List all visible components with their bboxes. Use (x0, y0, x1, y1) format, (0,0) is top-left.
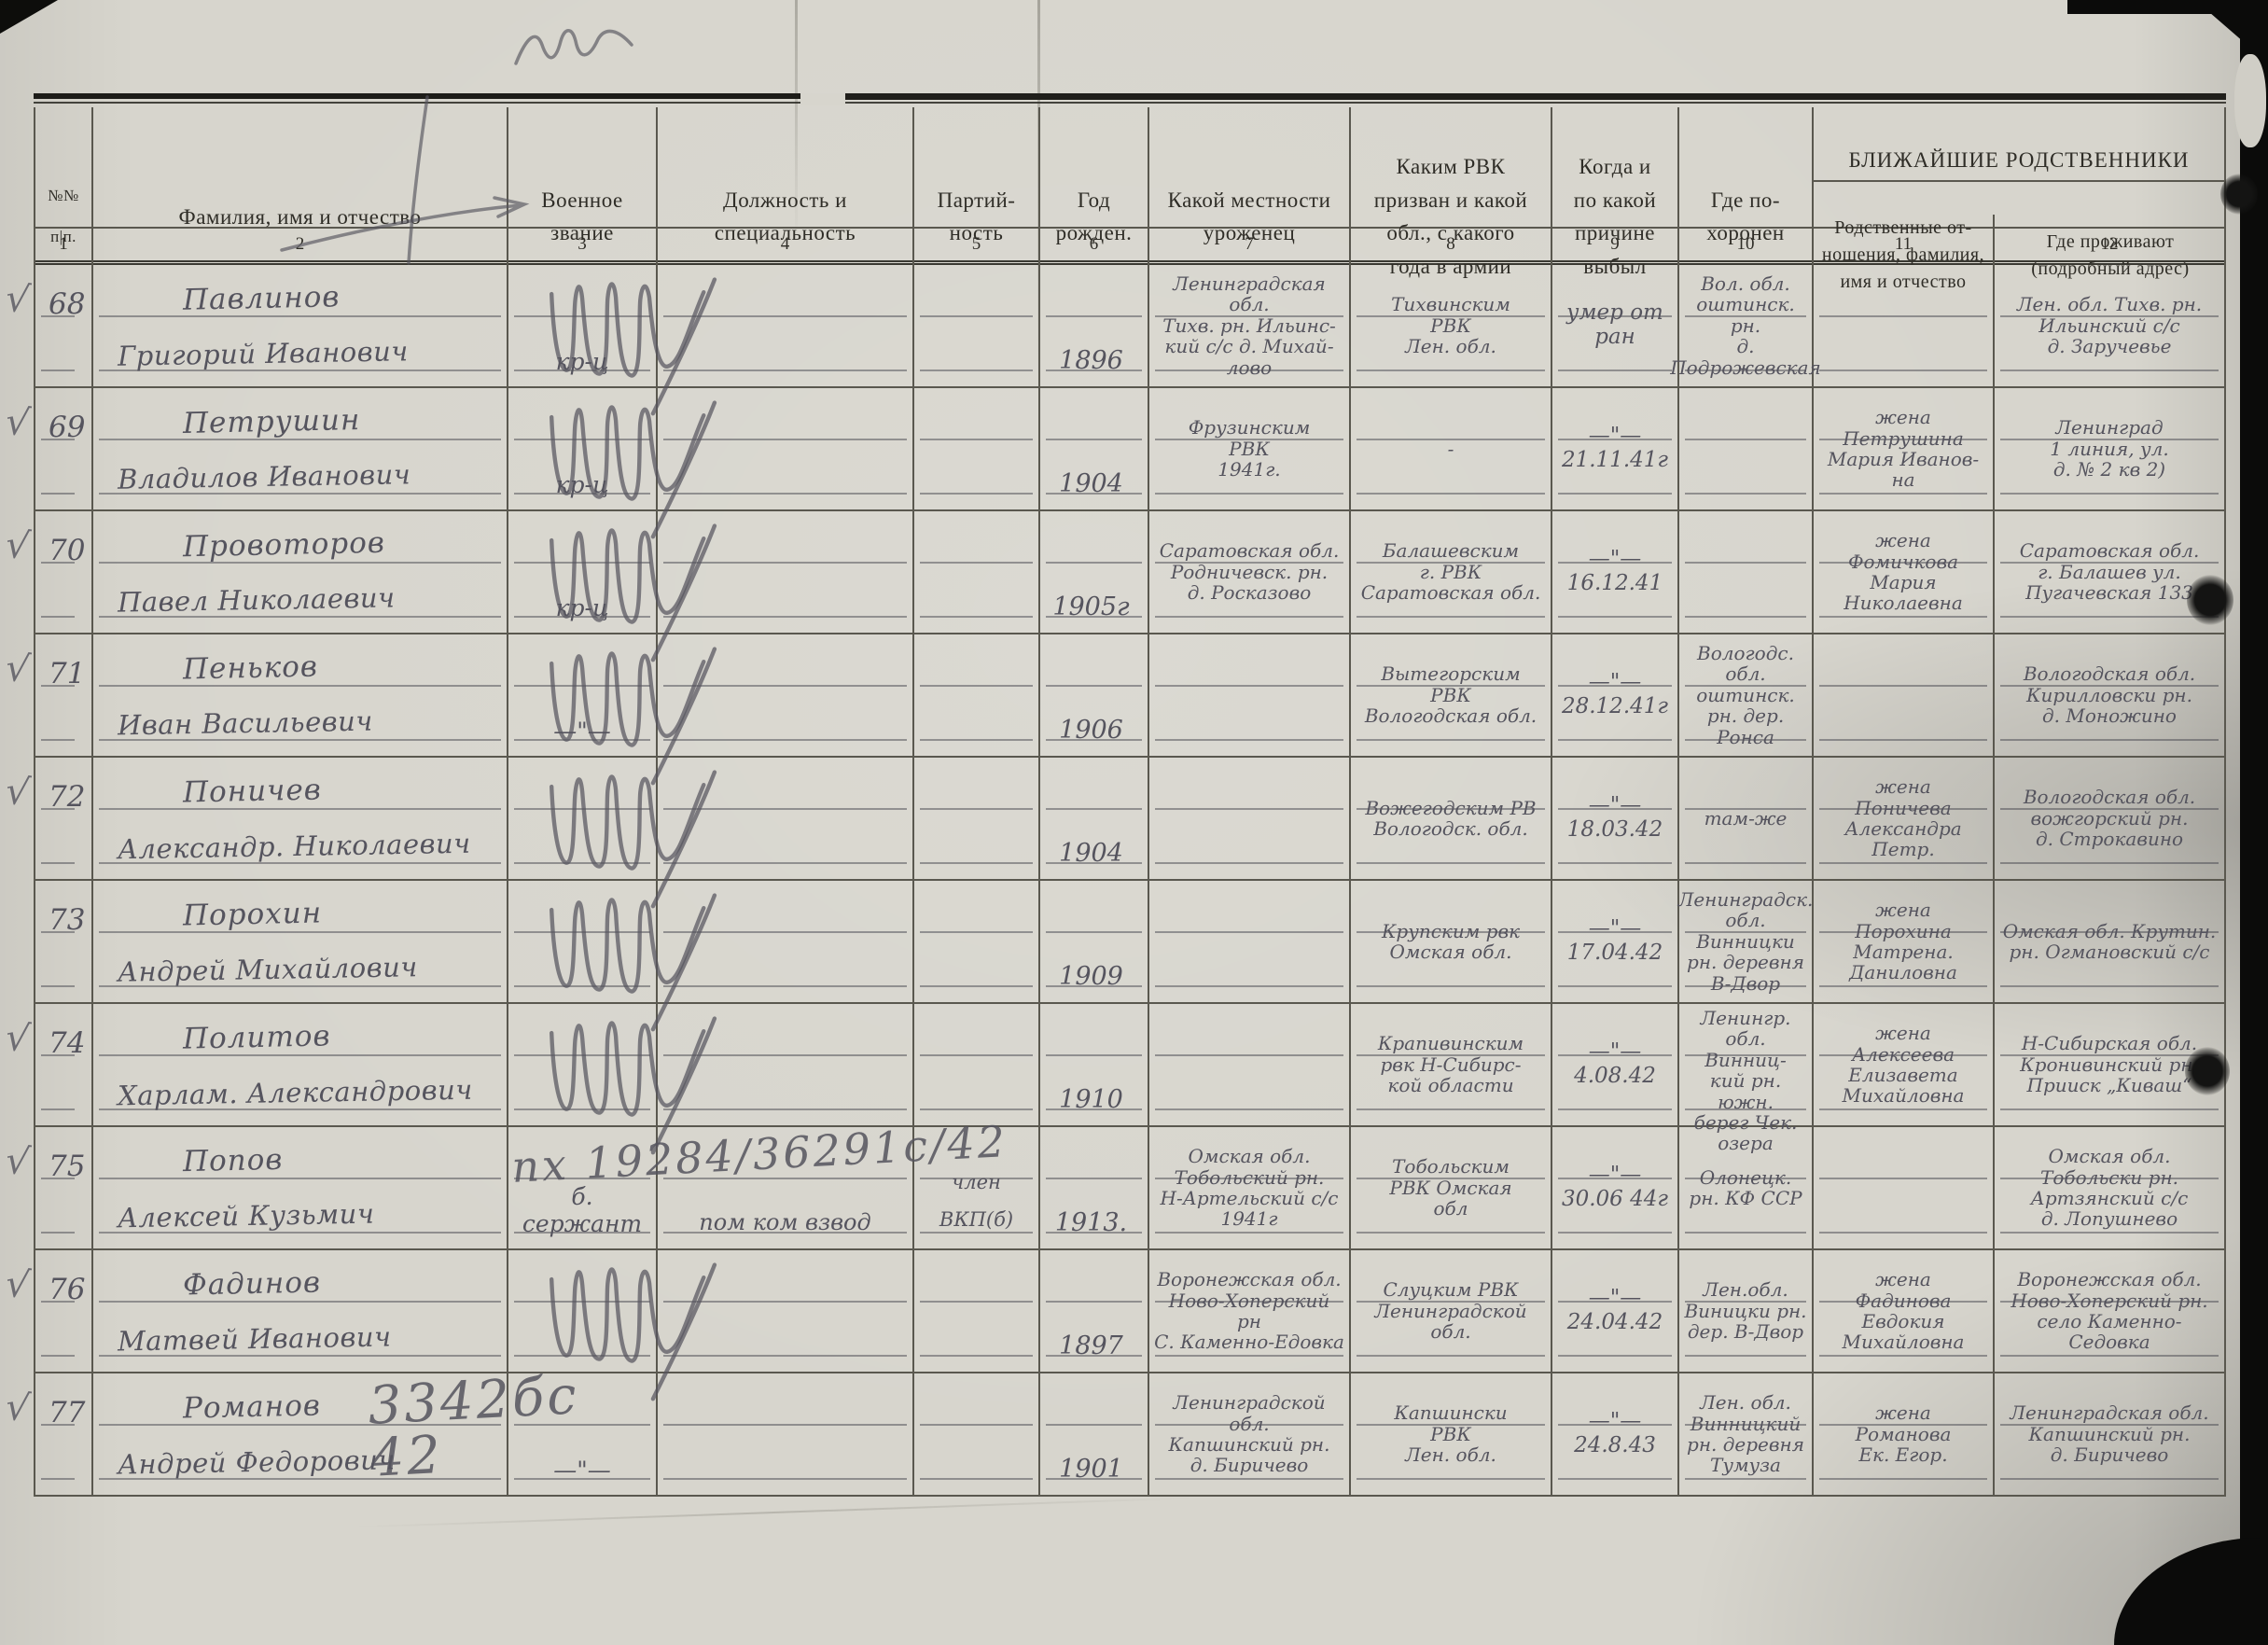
surname: Политов (183, 1019, 331, 1055)
cell-rank: кр-ц (508, 265, 658, 386)
cell-address: Ленинградская обл. Капшинский рн. д. Бир… (1995, 1373, 2226, 1495)
given-name: Иван Васильевич (118, 705, 373, 742)
cell-birth-year: 1897 (1040, 1250, 1149, 1372)
cell-birth-year: 1901 (1040, 1373, 1149, 1495)
column-number: 8 (1351, 229, 1552, 260)
cell-name: ПровоторовПавел Николаевич (93, 511, 508, 633)
paper-notch (2234, 54, 2266, 147)
cell-birthplace: Омская обл. Тобольский рн. Н-Артельский … (1149, 1127, 1351, 1248)
cell-birthplace: Саратовская обл. Родничевск. рн. д. Роск… (1149, 511, 1351, 633)
cell-relative (1814, 1127, 1995, 1248)
cell-birthplace (1149, 758, 1351, 879)
cell-row-number: √75 (34, 1127, 93, 1248)
cell-name: ПоповАлексей Кузьмич (93, 1127, 508, 1248)
cell-rvk: Крупским рвк Омская обл. (1351, 881, 1552, 1002)
cell-buried: Олонецк. рн. КФ ССР (1679, 1127, 1814, 1248)
header-rvk-label: Каким РВК призван и какой обл., с какого… (1374, 150, 1527, 284)
given-name: Григорий Иванович (118, 335, 409, 371)
column-number: 1 (34, 229, 93, 260)
cell-buried: Ленинградск. обл. Винницки рн. деревня В… (1679, 881, 1814, 1002)
column-number: 11 (1814, 229, 1995, 260)
cell-relative: жена Алексеева Елизавета Михайловна (1814, 1004, 1995, 1125)
given-name: Владилов Иванович (118, 458, 411, 495)
cell-birth-year: 1905г (1040, 511, 1149, 633)
cell-buried: там-же (1679, 758, 1814, 879)
cell-birthplace: Воронежская обл. Ново-Хоперский рн С. Ка… (1149, 1250, 1351, 1372)
cell-name: ПеньковИван Васильевич (93, 634, 508, 756)
table-row: √69ПетрушинВладилов Ивановичкр-ц1904Фруз… (34, 388, 2226, 511)
cell-relative: жена Петрушина Мария Иванов- на (1814, 388, 1995, 509)
cell-party (914, 1373, 1040, 1495)
cell-rvk: - (1351, 388, 1552, 509)
given-name: Алексей Кузьмич (118, 1198, 375, 1234)
cell-departed: —"— 30.06 44г (1552, 1127, 1679, 1248)
row-number: 75 (49, 1150, 85, 1183)
cell-rvk: Балашевским г. РВК Саратовская обл. (1351, 511, 1552, 633)
cell-departed: —"— 28.12.41г (1552, 634, 1679, 756)
cell-birth-year: 1896 (1040, 265, 1149, 386)
table-row: 73ПорохинАндрей Михайлович1909Крупским р… (34, 881, 2226, 1004)
cell-birthplace: Ленинградской обл. Капшинский рн. д. Бир… (1149, 1373, 1351, 1495)
cell-buried: Лен. обл. Винницкий рн. деревня Тумуза (1679, 1373, 1814, 1495)
cell-party (914, 634, 1040, 756)
cell-birth-year: 1906 (1040, 634, 1149, 756)
cell-rank: кр-ц (508, 511, 658, 633)
cell-departed: умер от ран (1552, 265, 1679, 386)
cell-birthplace (1149, 1004, 1351, 1125)
cell-birthplace: Фрузинским РВК 1941г. (1149, 388, 1351, 509)
cell-departed: —"— 18.03.42 (1552, 758, 1679, 879)
surname: Павлинов (183, 280, 341, 317)
cell-row-number: 73 (34, 881, 93, 1002)
cell-address: Воронежская обл. Ново-Хоперский рн. село… (1995, 1250, 2226, 1372)
table-row: √70ПровоторовПавел Николаевичкр-ц1905гСа… (34, 511, 2226, 634)
cell-address: Лен. обл. Тихв. рн. Ильинский с/с д. Зар… (1995, 265, 2226, 386)
cell-birth-year: 1913. (1040, 1127, 1149, 1248)
given-name: Андрей Михайлович (118, 951, 418, 988)
row-number: 74 (49, 1026, 85, 1060)
cell-buried (1679, 388, 1814, 509)
table-row: √72ПоничевАлександр. Николаевич1904Вожег… (34, 758, 2226, 881)
table-body: √68ПавлиновГригорий Ивановичкр-ц1896Лени… (34, 265, 2226, 1497)
cell-relative: жена Поничева Александра Петр. (1814, 758, 1995, 879)
cell-row-number: √76 (34, 1250, 93, 1372)
cell-party (914, 265, 1040, 386)
column-number: 7 (1149, 229, 1351, 260)
cell-buried: Лен.обл. Виницки рн. дер. В-Двор (1679, 1250, 1814, 1372)
cell-rank (508, 758, 658, 879)
cell-row-number: √68 (34, 265, 93, 386)
cell-rvk: Тобольским РВК Омская обл (1351, 1127, 1552, 1248)
row-number: 71 (49, 657, 85, 690)
cell-birth-year: 1904 (1040, 388, 1149, 509)
table-row: √76ФадиновМатвей Иванович1897Воронежская… (34, 1250, 2226, 1373)
scan-edge-right (2240, 0, 2268, 1645)
cell-name: ПорохинАндрей Михайлович (93, 881, 508, 1002)
cell-row-number: √71 (34, 634, 93, 756)
cell-buried: Вологодс. обл. оштинск. рн. дер. Ронса (1679, 634, 1814, 756)
pencil-scrawl: 3342бс 42 (367, 1370, 583, 1485)
surname: Петрушин (183, 403, 361, 440)
record-table: №№ п|п. Фамилия, имя и отчество Военное … (34, 93, 2226, 1497)
cell-party (914, 758, 1040, 879)
table-row: √68ПавлиновГригорий Ивановичкр-ц1896Лени… (34, 265, 2226, 388)
cell-relative: жена Романова Ек. Егор. (1814, 1373, 1995, 1495)
cell-rank: —"— (508, 634, 658, 756)
cell-rvk: Капшински РВК Лен. обл. (1351, 1373, 1552, 1495)
cell-departed: —"— 16.12.41 (1552, 511, 1679, 633)
punch-hole (2185, 1047, 2230, 1095)
row-number: 77 (49, 1396, 85, 1429)
row-number: 73 (49, 903, 85, 937)
table-row: √77РомановАндрей Федорович—"—3342бс 4219… (34, 1373, 2226, 1497)
cell-departed: —"— 24.8.43 (1552, 1373, 1679, 1495)
cell-rvk: Слуцким РВК Ленинградской обл. (1351, 1250, 1552, 1372)
cell-row-number: √74 (34, 1004, 93, 1125)
surname: Провоторов (183, 526, 386, 565)
cell-party (914, 511, 1040, 633)
cell-address: Вологодская обл. вожгорский рн. д. Строк… (1995, 758, 2226, 879)
cell-buried: Вол. обл. оштинск. рн. д. Подрожевская (1679, 265, 1814, 386)
column-number: 4 (658, 229, 914, 260)
cell-row-number: √72 (34, 758, 93, 879)
cell-birthplace: Ленинградская обл. Тихв. рн. Ильинс- кий… (1149, 265, 1351, 386)
header-relatives-title: БЛИЖАЙШИЕ РОДСТВЕННИКИ (1814, 141, 2224, 182)
column-number: 9 (1552, 229, 1679, 260)
column-number: 10 (1679, 229, 1814, 260)
row-number: 72 (49, 780, 85, 814)
cell-relative: жена Фадинова Евдокия Михайловна (1814, 1250, 1995, 1372)
surname: Попов (183, 1143, 284, 1178)
cell-row-number: √69 (34, 388, 93, 509)
cell-rvk: Вожегодским РВ Вологодск. обл. (1351, 758, 1552, 879)
row-number: 69 (49, 411, 85, 444)
row-number: 70 (49, 534, 85, 567)
cell-name: ПавлиновГригорий Иванович (93, 265, 508, 386)
cell-name: ПоничевАлександр. Николаевич (93, 758, 508, 879)
surname: Поничев (183, 773, 322, 809)
punch-hole (2187, 575, 2233, 625)
column-number: 5 (914, 229, 1040, 260)
surname: Пеньков (183, 649, 319, 686)
scan-corner-torn (2195, 0, 2251, 49)
cell-birthplace (1149, 634, 1351, 756)
cell-birth-year: 1910 (1040, 1004, 1149, 1125)
cell-birthplace (1149, 881, 1351, 1002)
column-number: 12 (1995, 229, 2226, 260)
cell-departed: —"— 21.11.41г (1552, 388, 1679, 509)
cell-party (914, 388, 1040, 509)
given-name: Матвей Иванович (118, 1320, 392, 1357)
given-name: Александр. Николаевич (118, 828, 471, 866)
cell-name: ФадиновМатвей Иванович (93, 1250, 508, 1372)
pencil-scribble (508, 17, 639, 82)
given-name: Павел Николаевич (118, 581, 396, 618)
cell-address: Омская обл. Крутин. рн. Огмановский с/с (1995, 881, 2226, 1002)
given-name: Харлам. Александрович (118, 1074, 473, 1112)
cell-address: Вологодская обл. Кирилловски рн. д. Моно… (1995, 634, 2226, 756)
cell-birth-year: 1909 (1040, 881, 1149, 1002)
punch-hole (2220, 174, 2258, 215)
table-row: √74ПолитовХарлам. Александрович1910Крапи… (34, 1004, 2226, 1127)
cell-departed: —"— 4.08.42 (1552, 1004, 1679, 1125)
cell-rvk: Тихвинским РВК Лен. обл. (1351, 265, 1552, 386)
header-departed-label: Когда и по какой причине выбыл (1574, 150, 1656, 284)
cell-departed: —"— 24.04.42 (1552, 1250, 1679, 1372)
surname: Романов (183, 1388, 322, 1425)
cell-rank: кр-ц (508, 388, 658, 509)
given-name: Андрей Федорович (118, 1443, 396, 1480)
row-number: 76 (49, 1273, 85, 1306)
cell-party (914, 1004, 1040, 1125)
cell-relative (1814, 265, 1995, 386)
surname: Порохин (183, 896, 323, 932)
cell-rvk: Крапивинским рвк Н-Сибирс- кой области (1351, 1004, 1552, 1125)
cell-row-number: √70 (34, 511, 93, 633)
cell-rank (508, 881, 658, 1002)
cell-rank (508, 1004, 658, 1125)
cell-address: Омская обл. Тобольски рн. Артзянский с/с… (1995, 1127, 2226, 1248)
row-number: 68 (49, 287, 85, 321)
cell-buried (1679, 511, 1814, 633)
table-row: √71ПеньковИван Васильевич—"—1906Вытегорс… (34, 634, 2226, 758)
cell-rvk: Вытегорским РВК Вологодская обл. (1351, 634, 1552, 756)
pencil-stroke (271, 93, 550, 271)
surname: Фадинов (183, 1265, 322, 1302)
cell-address: Ленинград 1 линия, ул. д. № 2 кв 2) (1995, 388, 2226, 509)
cell-party (914, 1250, 1040, 1372)
cell-departed: —"— 17.04.42 (1552, 881, 1679, 1002)
cell-party (914, 881, 1040, 1002)
cell-birth-year: 1904 (1040, 758, 1149, 879)
table-row: √75ПоповАлексей Кузьмичб. сержантпх 1928… (34, 1127, 2226, 1250)
cell-name: ПолитовХарлам. Александрович (93, 1004, 508, 1125)
cell-buried: Ленингр. обл. Винниц- кий рн. южн. берег… (1679, 1004, 1814, 1125)
cell-name: ПетрушинВладилов Иванович (93, 388, 508, 509)
cell-relative: жена Фомичкова Мария Николаевна (1814, 511, 1995, 633)
cell-rank (508, 1250, 658, 1372)
cell-row-number: √77 (34, 1373, 93, 1495)
column-number: 6 (1040, 229, 1149, 260)
cell-relative: жена Порохина Матрена. Даниловна (1814, 881, 1995, 1002)
cell-relative (1814, 634, 1995, 756)
